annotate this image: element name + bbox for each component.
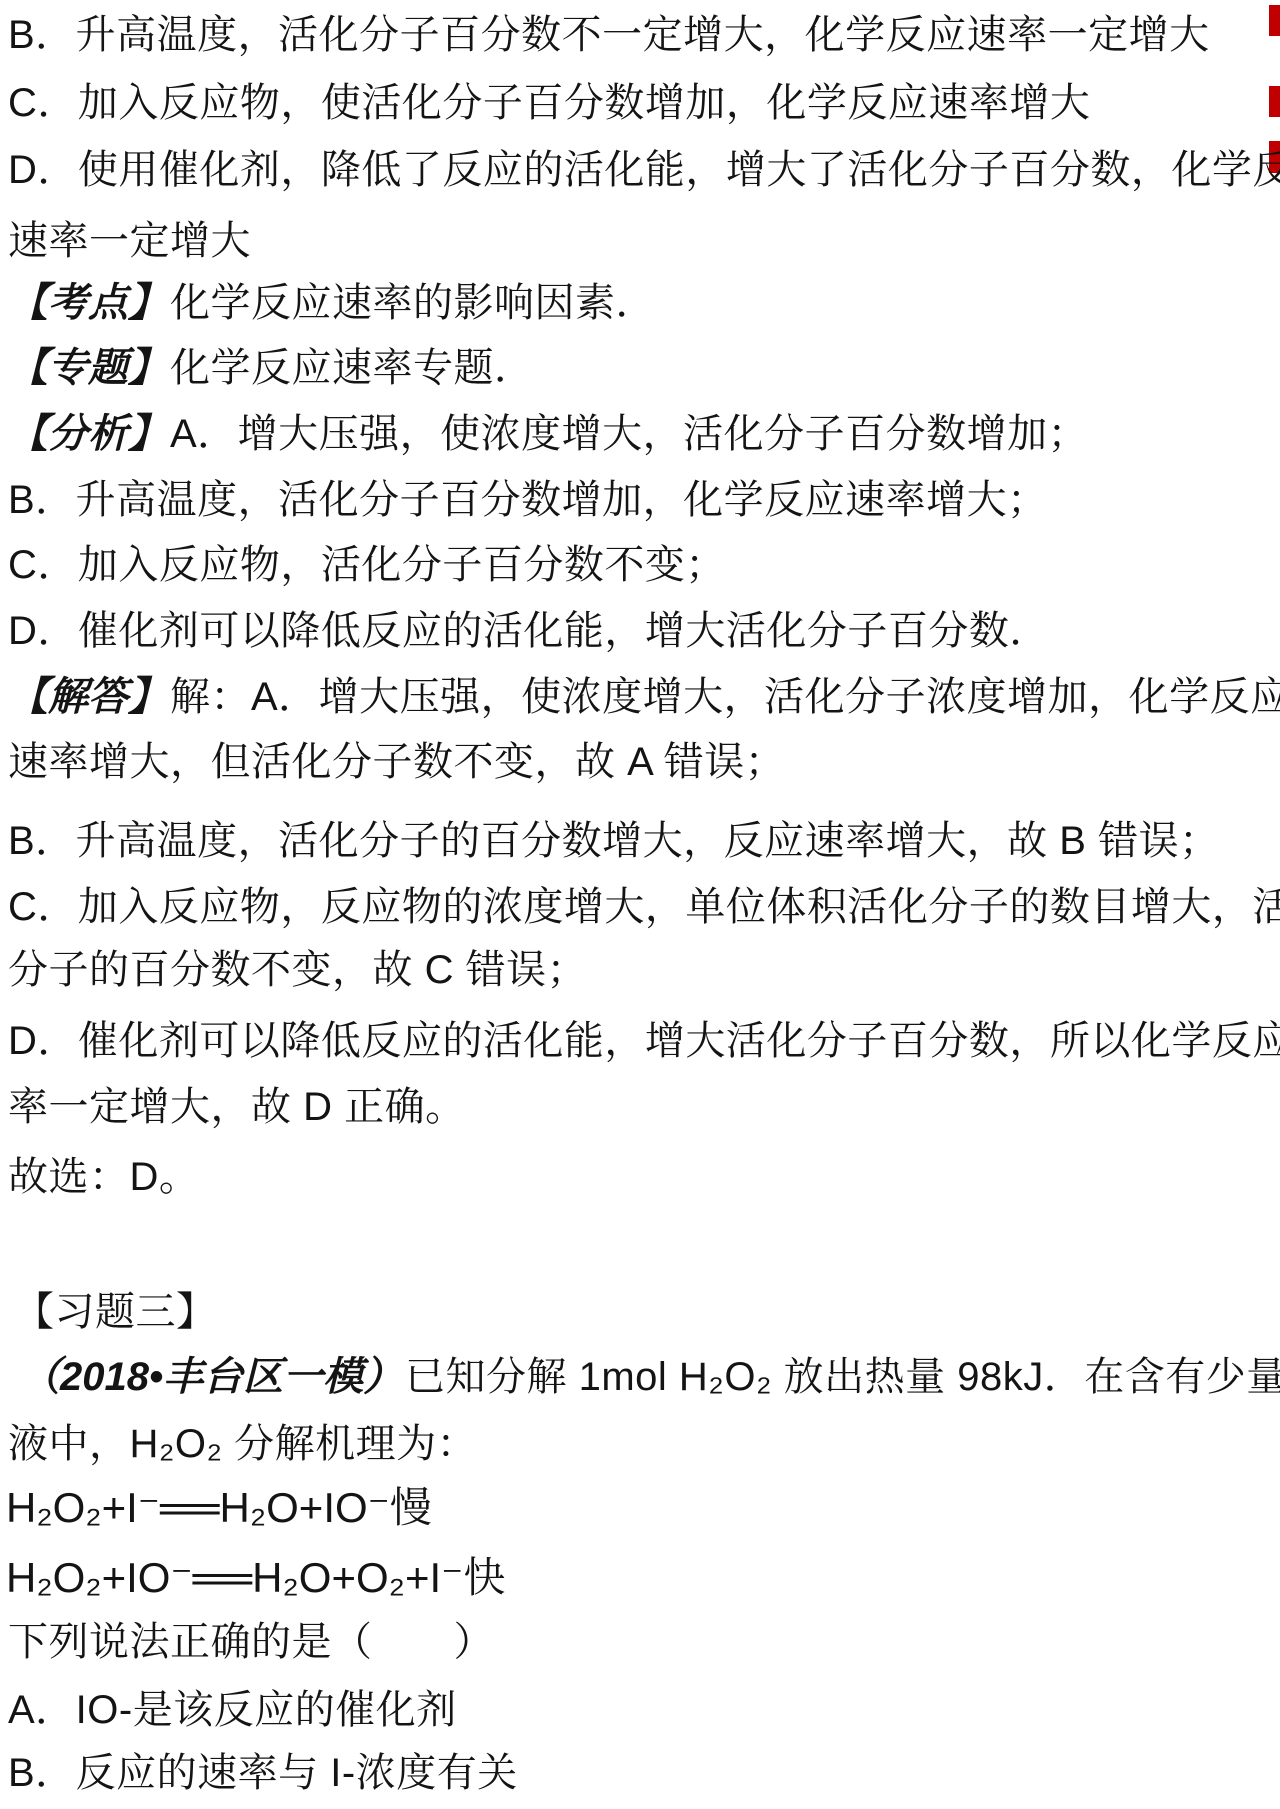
equation-text: H₂O₂+I⁻══H₂O+IO⁻慢 (6, 1484, 432, 1531)
problem-statement-line2: 液中，H₂O₂ 分解机理为： (8, 1421, 477, 1467)
question-prompt: 下列说法正确的是（ ） (8, 1619, 494, 1665)
line-text: C．加入反应物，活化分子百分数不变； (8, 543, 726, 587)
exercise3-option-b: B．反应的速率与 I-浓度有关 (8, 1750, 518, 1796)
answer-option-c-line2: 分子的百分数不变，故 C 错误； (8, 947, 587, 993)
kai-label: 【分析】 (8, 412, 168, 456)
answer-option-d-line2: 率一定增大，故 D 正确。 (8, 1084, 466, 1130)
equation-text: H₂O₂+IO⁻══H₂O+O₂+I⁻快 (6, 1554, 505, 1601)
line-text: 【习题三】 (14, 1290, 217, 1334)
exam-point-line: 【考点】化学反应速率的影响因素． (8, 280, 656, 326)
answer-option-a-line2: 速率增大，但活化分子数不变，故 A 错误； (8, 739, 785, 785)
document-page: B．升高温度，活化分子百分数不一定增大，化学反应速率一定增大 C．加入反应物，使… (0, 0, 1280, 1809)
answer-option-c-line1: C．加入反应物，反应物的浓度增大，单位体积活化分子的数目增大，活化 (8, 884, 1280, 930)
answer-option-b: B．升高温度，活化分子的百分数增大，反应速率增大，故 B 错误； (8, 818, 1220, 864)
line-text: B．反应的速率与 I-浓度有关 (8, 1751, 518, 1795)
kai-label: 【专题】 (8, 346, 168, 390)
option-d-line1: D．使用催化剂，降低了反应的活化能，增大了活化分子百分数，化学反应 (8, 147, 1280, 193)
line-text: 化学反应速率专题． (170, 346, 535, 390)
problem-statement-line1: （2018•丰台区一模）已知分解 1mol H₂O₂ 放出热量 98kJ．在含有… (20, 1354, 1280, 1400)
red-margin-mark (1269, 5, 1280, 36)
red-margin-mark (1269, 86, 1280, 117)
line-text: 液中，H₂O₂ 分解机理为： (8, 1422, 477, 1466)
line-text: 化学反应速率的影响因素． (170, 281, 656, 325)
exercise-3-heading: 【习题三】 (14, 1289, 217, 1335)
kai-label: 【考点】 (8, 281, 168, 325)
mechanism-equation-fast: H₂O₂+IO⁻══H₂O+O₂+I⁻快 (6, 1555, 505, 1601)
line-text: 速率一定增大 (8, 219, 251, 263)
line-text: A．IO-是该反应的催化剂 (8, 1688, 457, 1732)
line-text: B．升高温度，活化分子百分数不一定增大，化学反应速率一定增大 (8, 13, 1210, 57)
option-d-line2: 速率一定增大 (8, 218, 251, 264)
line-text: 故选：D。 (8, 1155, 199, 1199)
final-answer: 故选：D。 (8, 1154, 199, 1200)
analysis-option-b: B．升高温度，活化分子百分数增加，化学反应速率增大； (8, 477, 1048, 523)
line-text: D．催化剂可以降低反应的活化能，增大活化分子百分数． (8, 609, 1050, 653)
line-text: 已知分解 1mol H₂O₂ 放出热量 98kJ．在含有少量 I⁻的溶 (405, 1355, 1280, 1399)
line-text: 下列说法正确的是（ ） (8, 1620, 494, 1664)
line-text: B．升高温度，活化分子的百分数增大，反应速率增大，故 B 错误； (8, 819, 1220, 863)
topic-line: 【专题】化学反应速率专题． (8, 345, 535, 391)
mechanism-equation-slow: H₂O₂+I⁻══H₂O+IO⁻慢 (6, 1485, 432, 1531)
line-text: A．增大压强，使浓度增大，活化分子百分数增加； (170, 412, 1088, 456)
line-text: 解：A．增大压强，使浓度增大，活化分子浓度增加，化学反应素 (170, 675, 1280, 719)
line-text: C．加入反应物，反应物的浓度增大，单位体积活化分子的数目增大，活化 (8, 885, 1280, 929)
option-c-line: C．加入反应物，使活化分子百分数增加，化学反应速率增大 (8, 80, 1090, 126)
line-text: D．使用催化剂，降低了反应的活化能，增大了活化分子百分数，化学反应 (8, 148, 1280, 192)
answer-option-a-line1: 【解答】解：A．增大压强，使浓度增大，活化分子浓度增加，化学反应素 (8, 674, 1280, 720)
analysis-option-c: C．加入反应物，活化分子百分数不变； (8, 542, 726, 588)
option-b-line1: B．升高温度，活化分子百分数不一定增大，化学反应速率一定增大 (8, 12, 1210, 58)
analysis-option-a: 【分析】A．增大压强，使浓度增大，活化分子百分数增加； (8, 411, 1088, 457)
answer-option-d-line1: D．催化剂可以降低反应的活化能，增大活化分子百分数，所以化学反应速 (8, 1018, 1280, 1064)
kai-label: （2018•丰台区一模） (20, 1355, 403, 1399)
line-text: 分子的百分数不变，故 C 错误； (8, 948, 587, 992)
exercise3-option-a: A．IO-是该反应的催化剂 (8, 1687, 457, 1733)
line-text: B．升高温度，活化分子百分数增加，化学反应速率增大； (8, 478, 1048, 522)
analysis-option-d: D．催化剂可以降低反应的活化能，增大活化分子百分数． (8, 608, 1050, 654)
line-text: 率一定增大，故 D 正确。 (8, 1085, 466, 1129)
line-text: 速率增大，但活化分子数不变，故 A 错误； (8, 740, 785, 784)
kai-label: 【解答】 (8, 675, 168, 719)
line-text: D．催化剂可以降低反应的活化能，增大活化分子百分数，所以化学反应速 (8, 1019, 1280, 1063)
line-text: C．加入反应物，使活化分子百分数增加，化学反应速率增大 (8, 81, 1090, 125)
